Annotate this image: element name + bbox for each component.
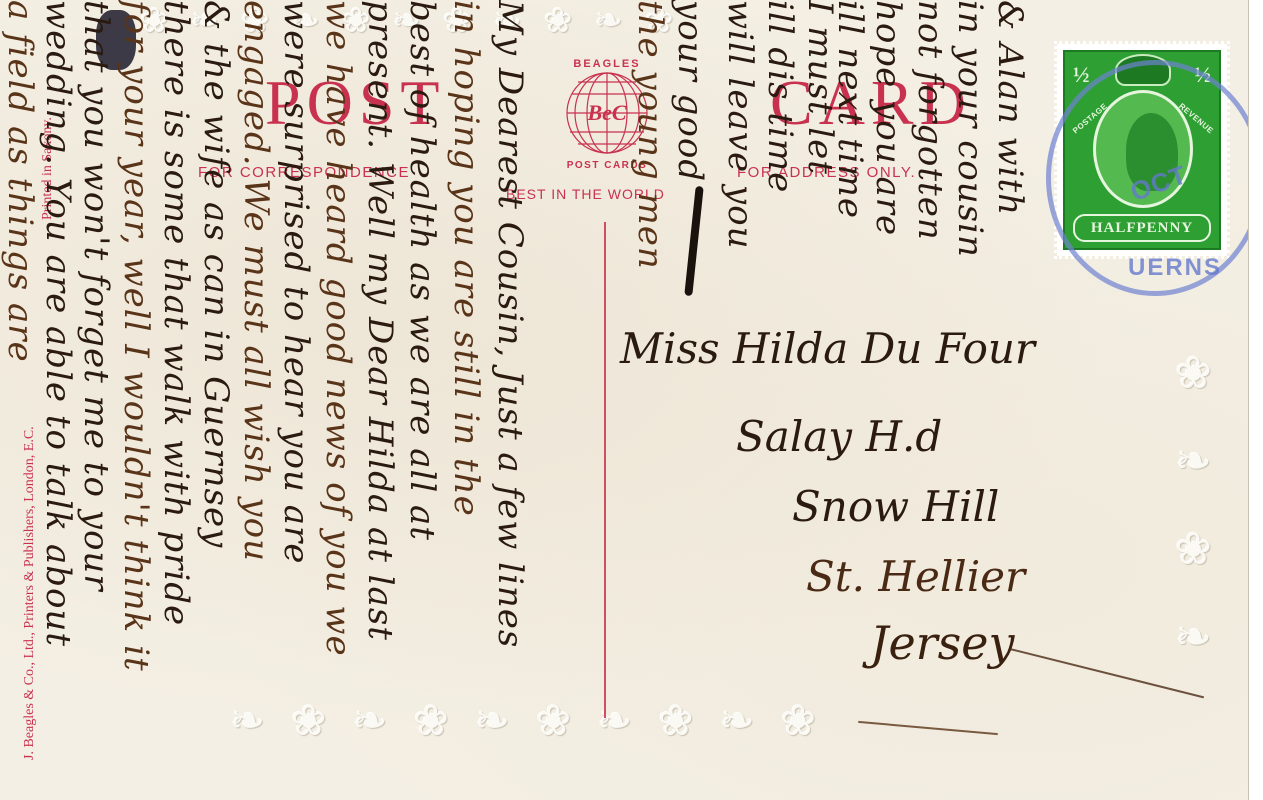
message-line: hope you are [868, 0, 914, 300]
message-line: a field as things are [0, 0, 46, 800]
message-line: there is some that walk with pride [156, 0, 202, 800]
message-line: we have heard good news of you we [318, 0, 364, 800]
card-edge [1248, 0, 1249, 800]
message-line: & the wife as can in Guernsey [196, 0, 242, 800]
message-line: & Alan with [990, 0, 1036, 300]
address-line-2: Salay H.d [736, 412, 942, 461]
message-line: My Dearest Cousin, Just a few lines [490, 0, 536, 800]
address-line-4: St. Hellier [806, 552, 1025, 601]
postmark-town: UERNS [1128, 254, 1222, 282]
postcard-back: ❀❧❀❧❀❧❀❧❀❧❀ ❧❀❧❀❧❀❧❀❧❀ ❀❧❀❧ POST CARD FO… [0, 0, 1249, 800]
address-line-5: Jersey [870, 616, 1014, 670]
address-line-3: Snow Hill [792, 482, 999, 531]
message-line: present. Well my Dear Hilda at last [360, 0, 406, 800]
message-line: in hoping you are still in the [446, 0, 492, 800]
embossed-floral-border-right: ❀❧❀❧ [1175, 330, 1235, 682]
message-line: engaged. We must all wish you [236, 0, 282, 800]
handwritten-message-continued: the young men your good will leave you i… [560, 0, 1060, 300]
address-recipient-name: Miss Hilda Du Four [620, 324, 1035, 373]
message-line: best of health as we are all at [402, 0, 448, 800]
message-line: were surprised to hear you are [276, 0, 322, 800]
message-line: for your year, well I wouldn't think it [116, 0, 162, 800]
